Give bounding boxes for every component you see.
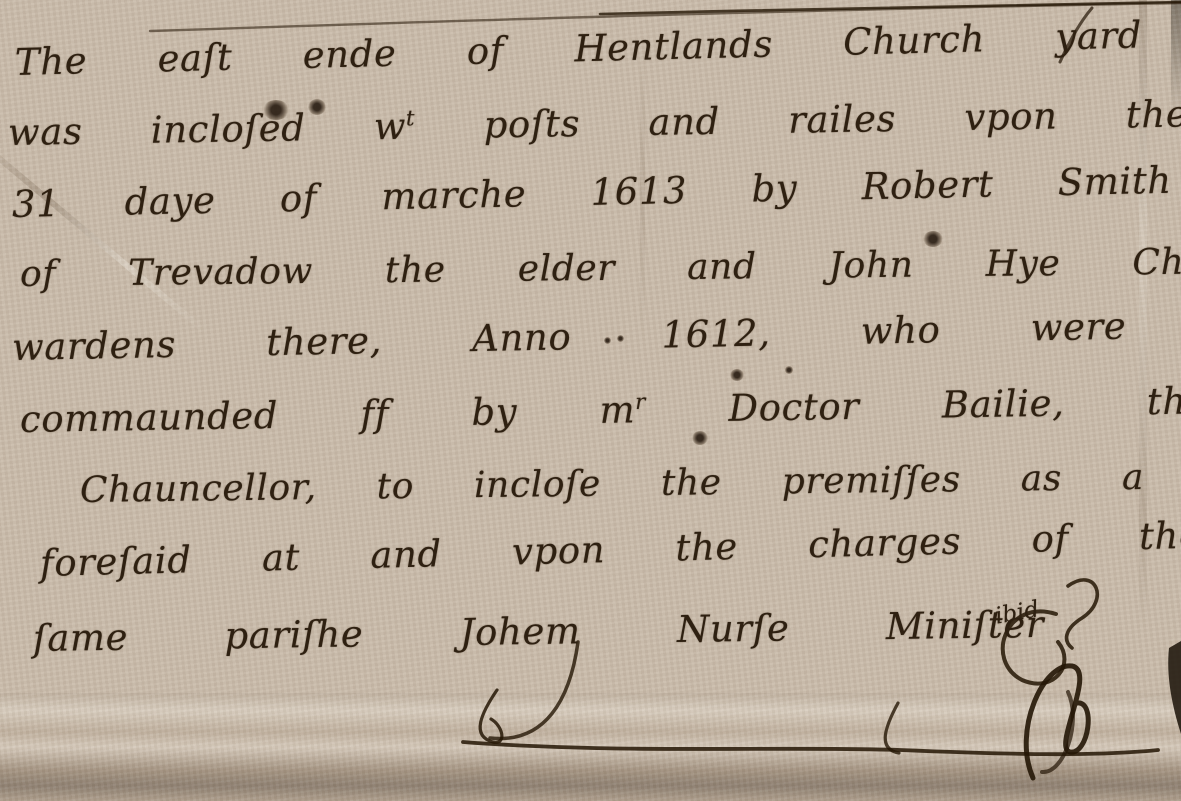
manuscript-line-3: 31 daye of marche 1613 by Robert Smith: [12, 158, 1173, 229]
underline-flourish: [463, 742, 1158, 754]
line-text: 31 daye of marche 1613 by Robert Smith: [12, 159, 1173, 226]
line-text: foreſaid at and vpon the charges of the: [39, 514, 1181, 585]
line-text: Doctor Bailie, the: [646, 379, 1181, 431]
crease-mark: [0, 130, 207, 334]
manuscript-line-5: wardens there, Anno 1612, who were: [12, 304, 1127, 372]
hook-flourish: [885, 703, 899, 753]
manuscript-line-9: ſame pariſhe Johem Nurſe Miniſter: [33, 602, 1045, 662]
line-text: The eaſt ende of Hentlands Church yard: [14, 13, 1142, 84]
manuscript-line-2: was incloſed wt poſts and railes vpon th…: [8, 91, 1181, 156]
corner-scribble: [1026, 666, 1088, 778]
manuscript-line-8: foreſaid at and vpon the charges of the: [39, 513, 1181, 588]
manuscript-photo: The eaſt ende of Hentlands Church yard w…: [0, 0, 1181, 801]
line-text: Chauncellor, to incloſe the premiſſes as…: [80, 457, 1145, 511]
line-text: commaunded ff by m: [20, 388, 636, 441]
ink-blot: [730, 369, 744, 381]
line-text: poſts and railes vpon the: [415, 92, 1181, 147]
top-rule-line: [600, 2, 1181, 14]
loop-flourish: [480, 690, 502, 742]
bottom-fold-shadow: [0, 693, 1181, 801]
line-text: wardens there, Anno 1612, who were: [12, 305, 1127, 369]
ink-blot: [785, 366, 793, 374]
manuscript-line-4: of Trevadow the elder and John Hye Churc…: [20, 239, 1181, 297]
ink-blot: [692, 431, 708, 445]
manuscript-line-1: The eaſt ende of Hentlands Church yard: [14, 12, 1142, 86]
manuscript-line-6: commaunded ff by mr Doctor Bailie, the: [20, 378, 1181, 443]
minister-flourish: [1067, 580, 1098, 648]
descender-flourish: [490, 642, 578, 739]
manuscript-line-7: Chauncellor, to incloſe the premiſſes as…: [80, 455, 1145, 513]
edge-notch: [1168, 641, 1181, 734]
superscript-letter: r: [635, 390, 646, 415]
line-text: ſame pariſhe Johem Nurſe Miniſter: [33, 603, 1045, 660]
line-text: was incloſed w: [8, 105, 407, 154]
corner-scribble: [1042, 692, 1073, 772]
line-text: of Trevadow the elder and John Hye Churc…: [20, 241, 1181, 295]
